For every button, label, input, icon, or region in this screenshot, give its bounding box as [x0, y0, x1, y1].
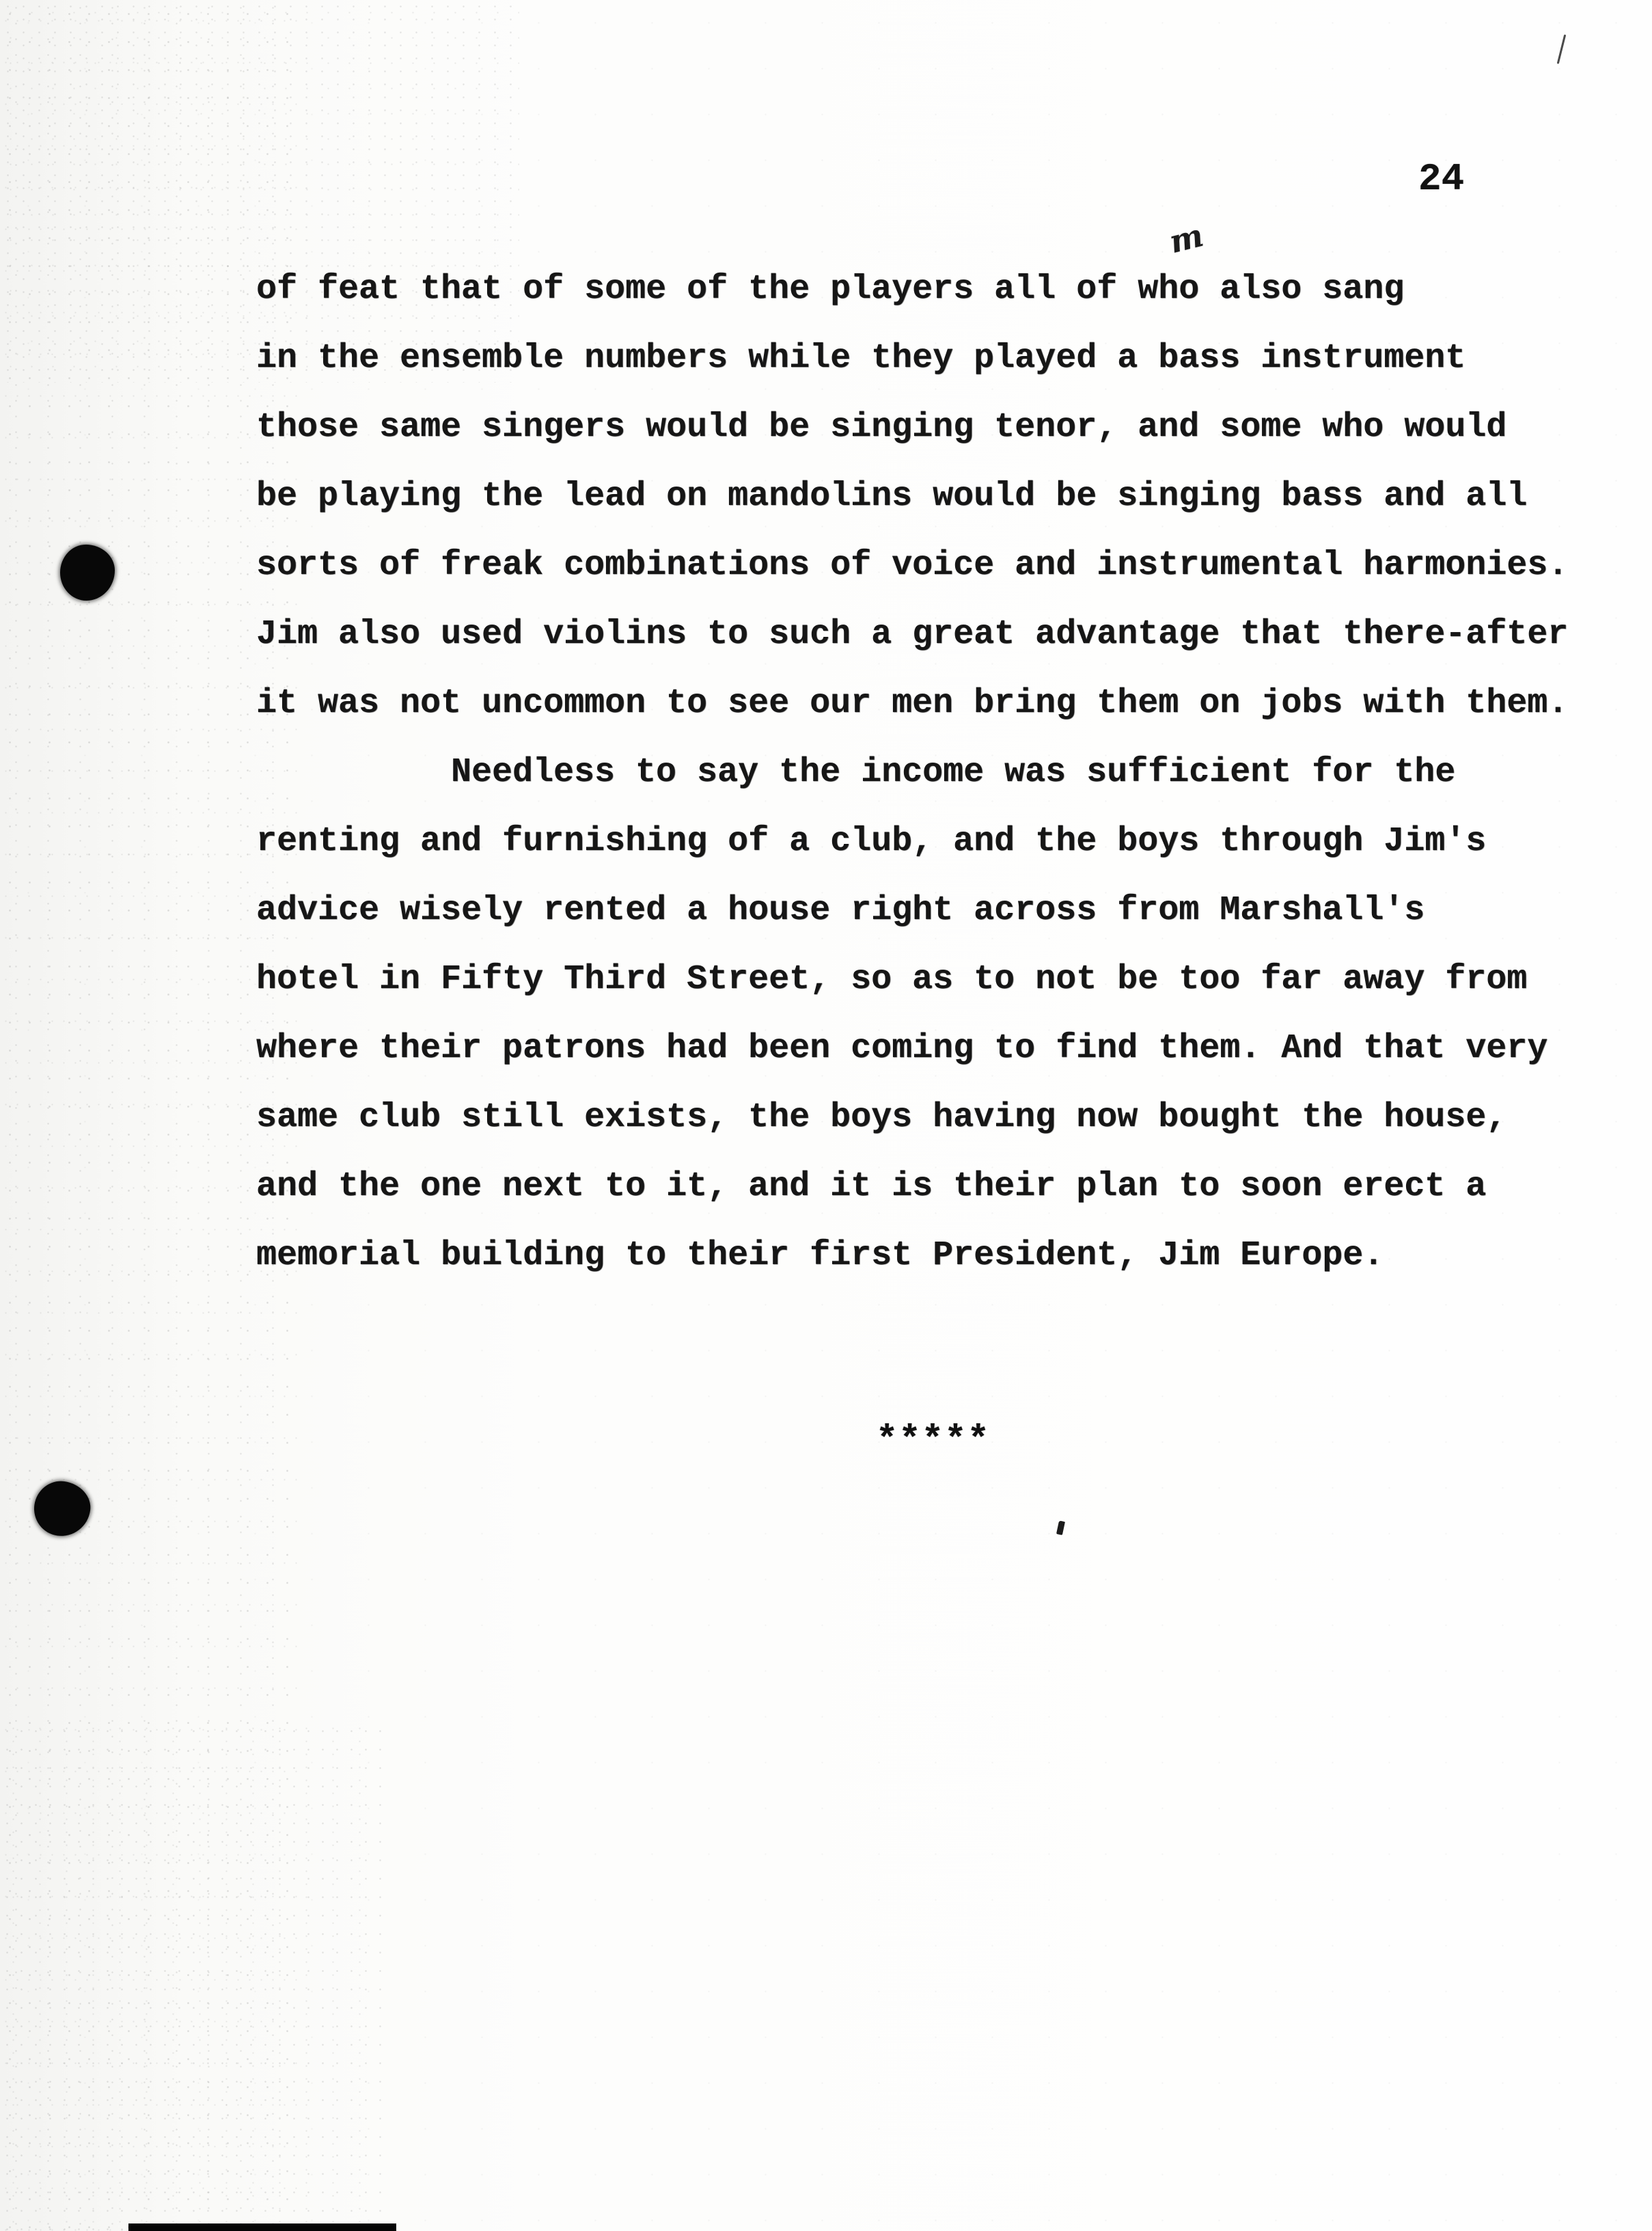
text-line: same club still exists, the boys having … [256, 1083, 1568, 1152]
scan-mark-top-right [1557, 34, 1567, 64]
text-line: of feat that of some of the players all … [256, 255, 1568, 324]
text-line: in the ensemble numbers while they playe… [256, 324, 1568, 393]
text-line: sorts of freak combinations of voice and… [256, 531, 1568, 600]
text-line: Needless to say the income was sufficien… [256, 738, 1568, 807]
stray-ink-mark [1056, 1520, 1065, 1535]
text-line: Jim also used violins to such a great ad… [256, 600, 1568, 669]
body-text: of feat that of some of the players all … [256, 255, 1568, 1290]
text-line: memorial building to their first Preside… [256, 1221, 1568, 1290]
text-line: where their patrons had been coming to f… [256, 1014, 1568, 1083]
text-line: advice wisely rented a house right acros… [256, 876, 1568, 945]
page-number: 24 [1418, 157, 1464, 201]
paper-noise-left [0, 0, 301, 2231]
text-line: those same singers would be singing teno… [256, 393, 1568, 462]
asterisk-divider: ***** [876, 1420, 990, 1462]
handwritten-m-annotation: m [1166, 217, 1207, 260]
ink-blot-top [60, 545, 115, 601]
text-line: hotel in Fifty Third Street, so as to no… [256, 945, 1568, 1014]
text-line: it was not uncommon to see our men bring… [256, 669, 1568, 738]
paper-noise-bottom-left [0, 1722, 383, 2231]
text-line: renting and furnishing of a club, and th… [256, 807, 1568, 876]
ink-blot-bottom [31, 1478, 94, 1540]
text-line: and the one next to it, and it is their … [256, 1152, 1568, 1221]
scanned-page: 24 of feat that of some of the players a… [0, 0, 1652, 2231]
scan-artifact-bottom-bar [128, 2223, 396, 2231]
text-line: be playing the lead on mandolins would b… [256, 462, 1568, 531]
